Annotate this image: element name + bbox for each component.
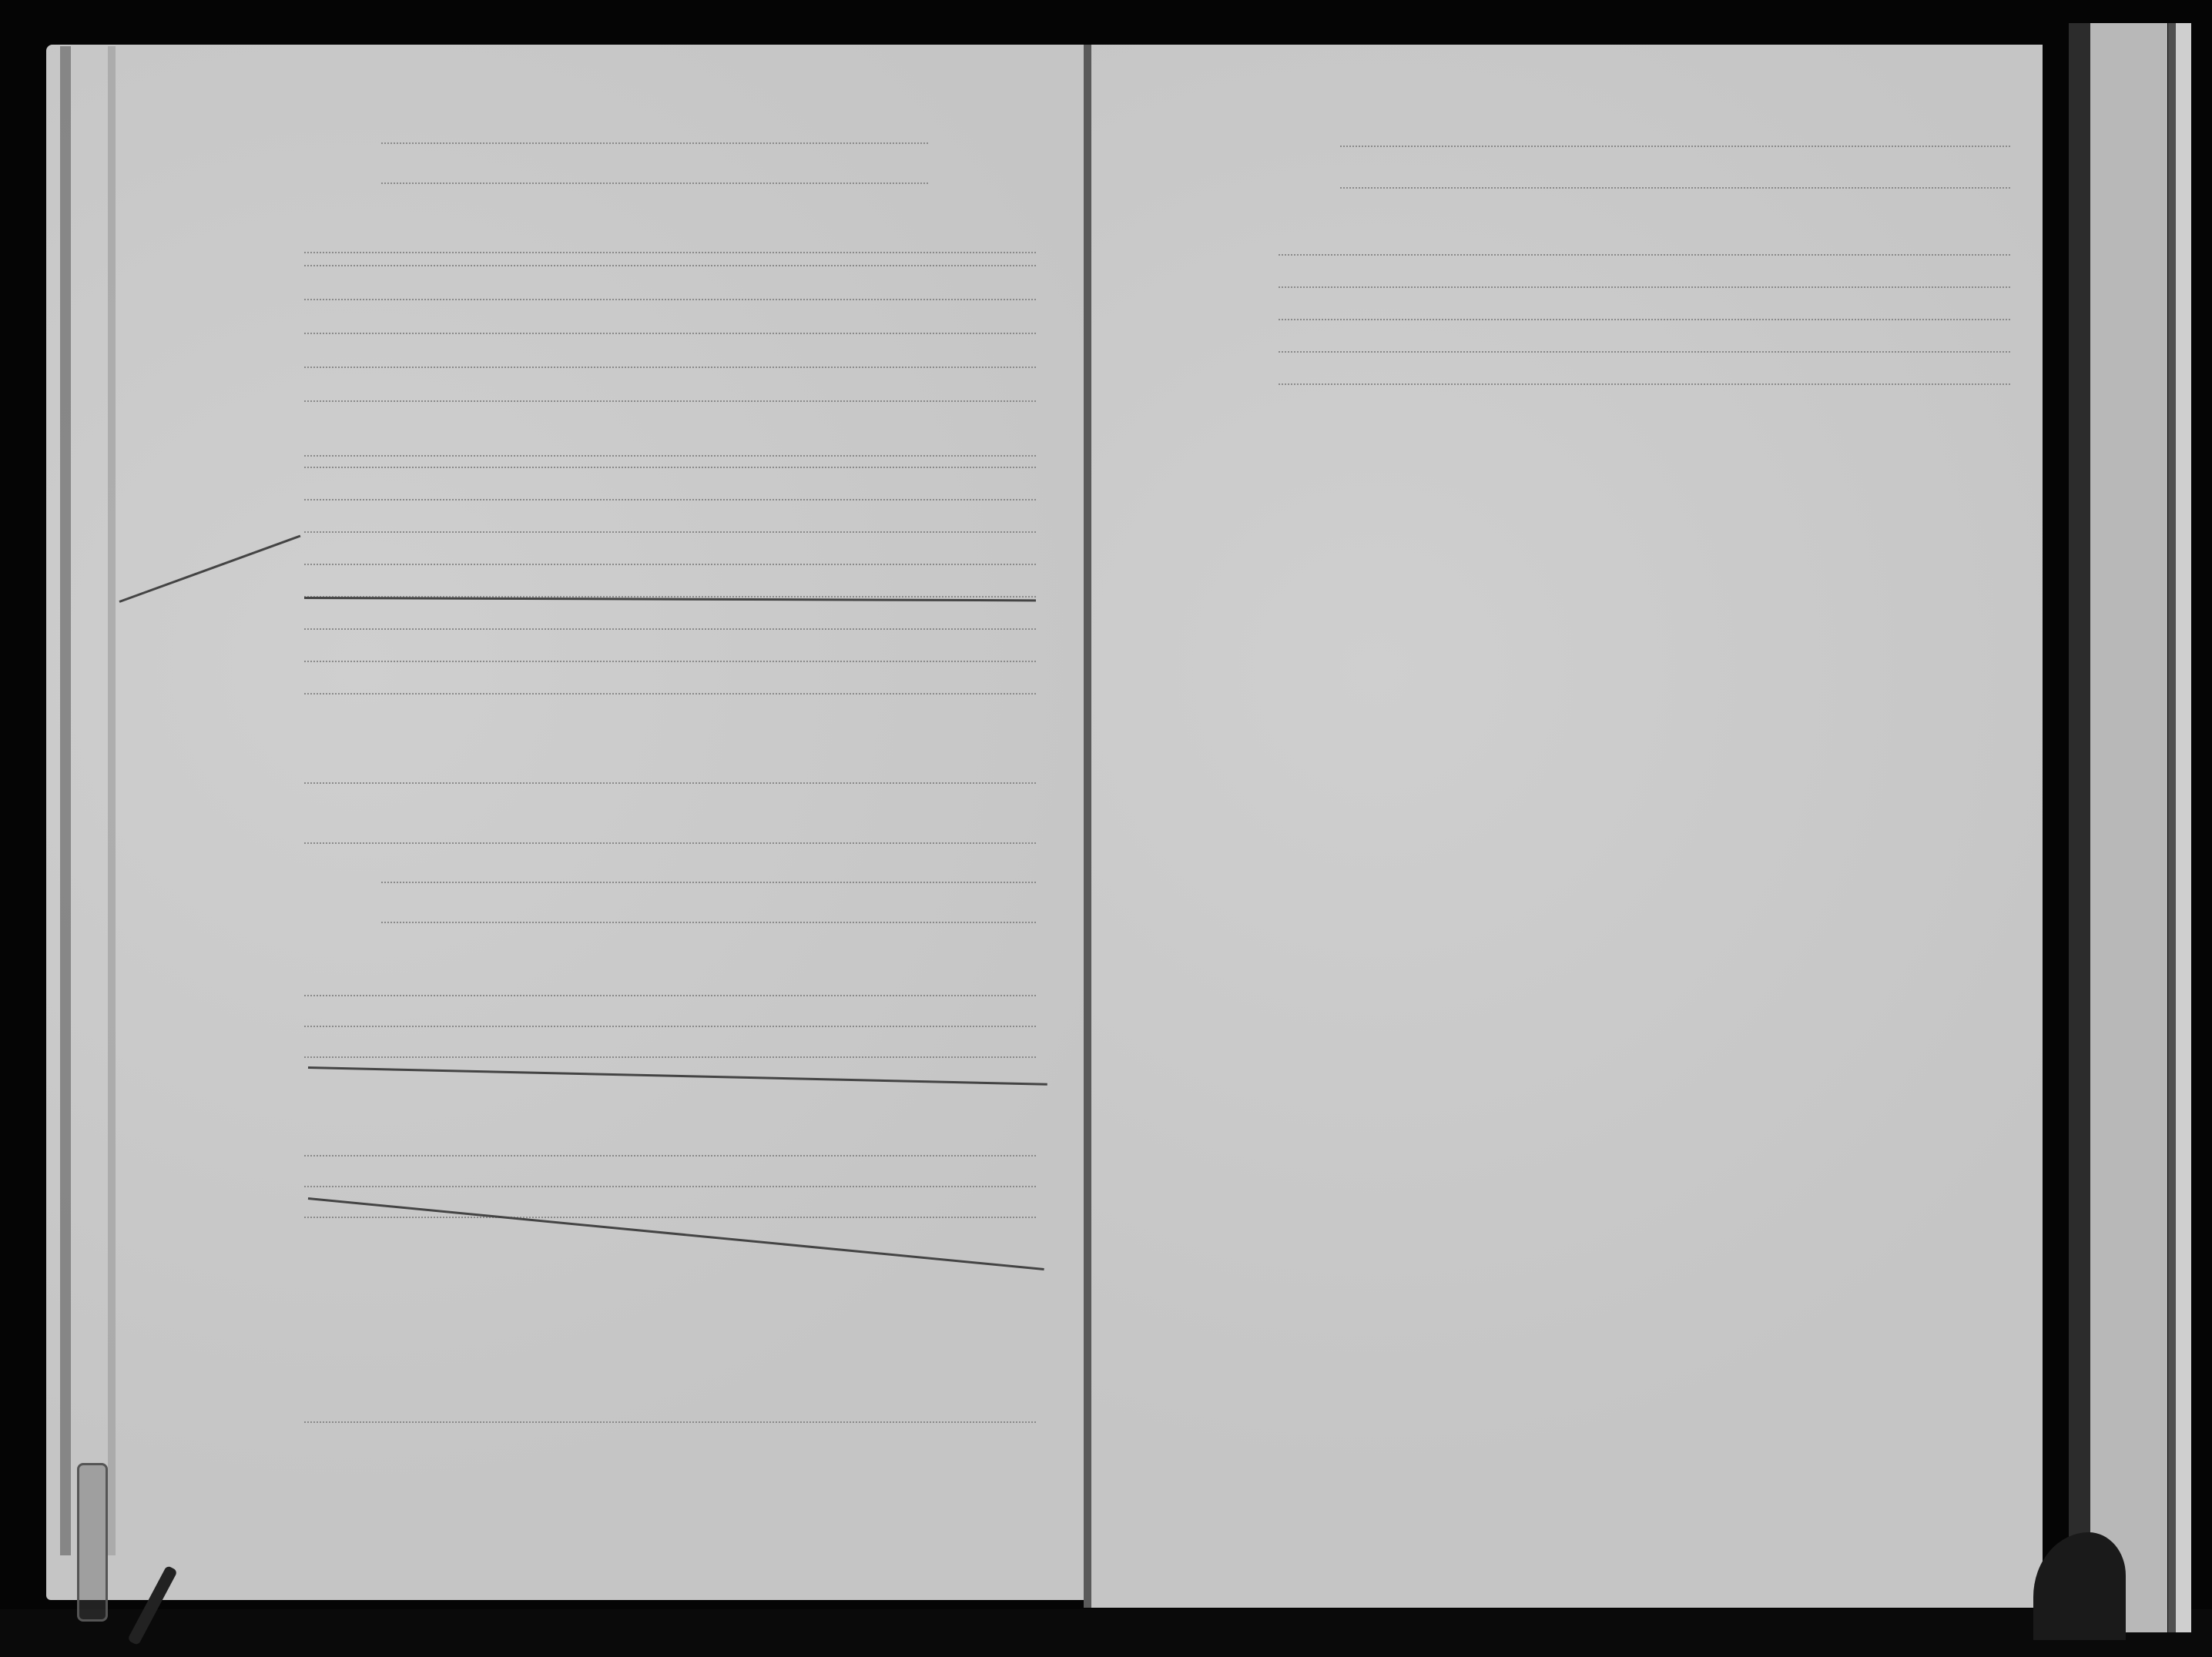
page-edge [2168,23,2176,1632]
handwritten-line [304,299,1036,300]
book-gutter [1084,45,1091,1608]
handwritten-line [304,1026,1036,1027]
handwritten-line [304,628,1036,630]
handwritten-line [304,499,1036,500]
handwritten-line [304,1056,1036,1058]
handwritten-line [304,1186,1036,1187]
handwritten-line [304,1155,1036,1157]
handwritten-line [1279,383,2010,385]
handwritten-line [304,1217,1036,1218]
handwritten-line [1279,286,2010,288]
handwritten-line [304,661,1036,662]
handwritten-line [1279,254,2010,256]
scan-shadow [2033,1532,2126,1640]
paper-clip-icon [77,1463,108,1622]
binding-strip [60,46,71,1555]
right-page [1091,45,2043,1608]
death-location [304,1421,1036,1423]
page-edge [2069,23,2090,1632]
handwritten-line [304,782,1036,784]
binding-strip [108,46,116,1555]
handwritten-line [1279,351,2010,353]
page-edge [2090,23,2167,1632]
handwritten-line [304,531,1036,533]
handwritten-line [304,564,1036,565]
handwritten-line [1279,319,2010,320]
page-edge [2176,23,2191,1632]
left-page [46,45,1094,1600]
handwritten-line [304,367,1036,368]
handwritten-line [304,265,1036,266]
handwritten-line [304,467,1036,468]
closing-ons [304,842,1036,844]
handwritten-line [304,333,1036,334]
scan-bottom-edge [0,1609,2212,1657]
handwritten-line [304,995,1036,996]
handwritten-line [304,400,1036,402]
